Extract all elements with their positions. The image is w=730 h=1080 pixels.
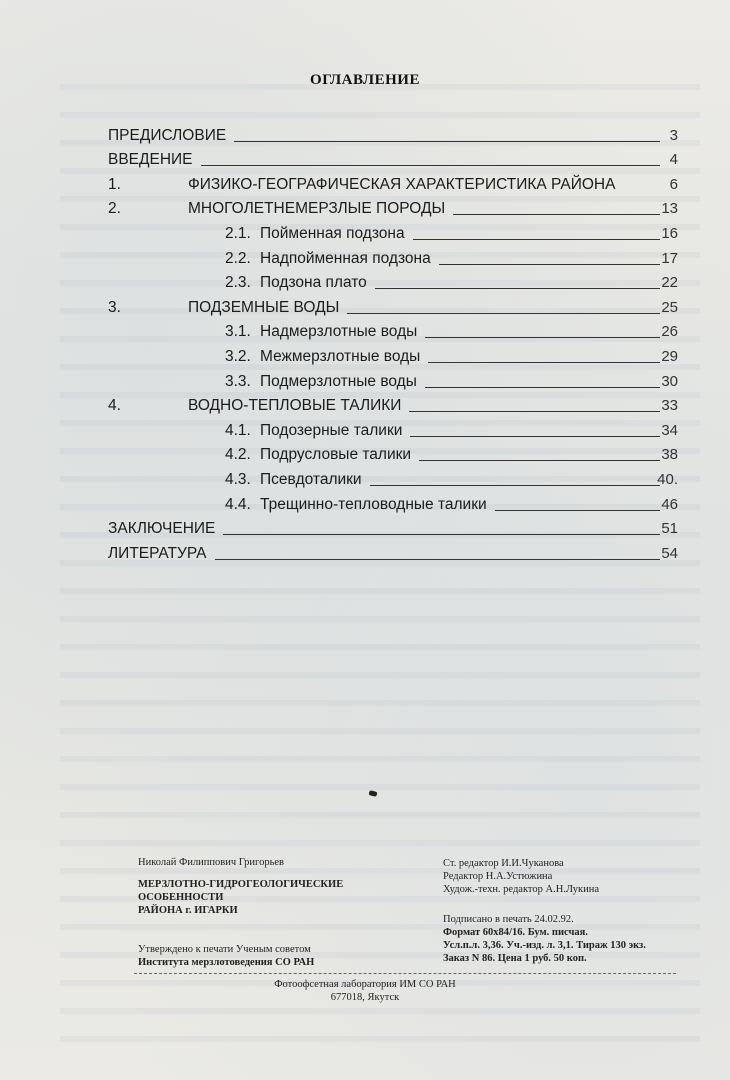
toc-page-number: 46 — [648, 496, 678, 514]
toc-leader-line — [428, 362, 660, 363]
book-title-line: ОСОБЕННОСТИ — [138, 891, 378, 904]
author-name: Николай Филиппович Григорьев — [138, 857, 378, 868]
toc-leader-line — [425, 387, 660, 388]
toc-entry-number: 2.3. — [225, 274, 260, 292]
approval-line: Утверждено к печати Ученым советом — [138, 943, 378, 956]
toc-entry-label: ЛИТЕРАТУРА — [108, 545, 215, 563]
print-info-line: Формат 60x84/16. Бум. писчая. — [443, 926, 683, 939]
colophon-right: Ст. редактор И.И.Чуканова Редактор Н.А.У… — [443, 857, 683, 965]
print-info-line: Подписано в печать 24.02.92. — [443, 913, 683, 926]
toc-entry-label: Подозерные талики — [260, 422, 410, 440]
toc-entry-label: Псевдоталики — [260, 471, 370, 489]
toc-page-number: 22 — [648, 274, 678, 292]
toc-entry: 3.ПОДЗЕМНЫЕ ВОДЫ25 — [108, 292, 678, 317]
printer-address: 677018, Якутск — [0, 991, 730, 1004]
toc-entry: 2.2.Надпойменная подзона17 — [108, 243, 678, 268]
toc-entry-number: 2. — [108, 200, 188, 218]
toc-entry-label: ЗАКЛЮЧЕНИЕ — [108, 520, 223, 538]
toc-entry-number: 4.2. — [225, 446, 260, 464]
toc-entry-number: 2.1. — [225, 225, 260, 243]
book-title-line: РАЙОНА г. ИГАРКИ — [138, 904, 378, 917]
toc-leader-line — [201, 165, 660, 166]
editor-line: Редактор Н.А.Устюжина — [443, 870, 683, 883]
toc-page-number: 40. — [648, 471, 678, 489]
toc-leader-line — [410, 436, 660, 437]
toc-entry-number: 4.3. — [225, 471, 260, 489]
toc-entry: 2.1.Пойменная подзона16 — [108, 218, 678, 243]
toc-leader-line — [370, 485, 660, 486]
toc-entry-label: Надмерзлотные воды — [260, 323, 425, 341]
toc-entry: 3.1.Надмерзлотные воды26 — [108, 317, 678, 342]
toc-entry-label: Подрусловые талики — [260, 446, 419, 464]
toc-leader-line — [215, 559, 660, 560]
toc-page-number: 54 — [648, 545, 678, 563]
table-of-contents: ПРЕДИСЛОВИЕ3ВВЕДЕНИЕ41.ФИЗИКО-ГЕОГРАФИЧЕ… — [108, 120, 678, 563]
toc-page-number: 13 — [648, 200, 678, 218]
toc-leader-line — [419, 460, 660, 461]
ink-speck — [368, 790, 377, 797]
toc-entry-number: 3.3. — [225, 373, 260, 391]
book-title-line: МЕРЗЛОТНО-ГИДРОГЕОЛОГИЧЕСКИЕ — [138, 878, 378, 891]
toc-leader-line — [347, 313, 660, 314]
toc-entry: ВВЕДЕНИЕ4 — [108, 145, 678, 170]
toc-entry-label: Надпойменная подзона — [260, 250, 439, 268]
toc-leader-line — [223, 534, 660, 535]
toc-entry: 4.3.Псевдоталики40. — [108, 464, 678, 489]
toc-entry-label: ВОДНО-ТЕПЛОВЫЕ ТАЛИКИ — [188, 397, 409, 415]
printer-name: Фотоофсетная лаборатория ИМ СО РАН — [0, 978, 730, 991]
document-page: ОГЛАВЛЕНИЕ ПРЕДИСЛОВИЕ3ВВЕДЕНИЕ41.ФИЗИКО… — [0, 0, 730, 1080]
editor-line: Худож.-техн. редактор А.Н.Лукина — [443, 883, 683, 896]
toc-page-number: 30 — [648, 373, 678, 391]
toc-page-number: 25 — [648, 299, 678, 317]
toc-entry-number: 2.2. — [225, 250, 260, 268]
toc-leader-line — [375, 288, 660, 289]
toc-entry: ПРЕДИСЛОВИЕ3 — [108, 120, 678, 145]
toc-page-number: 34 — [648, 422, 678, 440]
toc-entry: 2.3.Подзона плато22 — [108, 268, 678, 293]
toc-page-number: 17 — [648, 250, 678, 268]
toc-entry-number: 1. — [108, 176, 188, 194]
print-info-line: Заказ N 86. Цена 1 руб. 50 коп. — [443, 952, 683, 965]
toc-leader-line — [413, 239, 660, 240]
toc-page-number: 4 — [648, 151, 678, 169]
toc-entry: ЛИТЕРАТУРА54 — [108, 538, 678, 563]
editor-line: Ст. редактор И.И.Чуканова — [443, 857, 683, 870]
approval-note: Утверждено к печати Ученым советом Инсти… — [138, 943, 378, 969]
toc-entry-label: Подзона плато — [260, 274, 375, 292]
toc-entry: 4.4.Трещинно-тепловодные талики46 — [108, 489, 678, 514]
toc-leader-line — [453, 214, 660, 215]
toc-entry-label: Подмерзлотные воды — [260, 373, 425, 391]
toc-entry: 2.МНОГОЛЕТНЕМЕРЗЛЫЕ ПОРОДЫ13 — [108, 194, 678, 219]
toc-leader-line — [409, 411, 660, 412]
toc-entry-number: 4. — [108, 397, 188, 415]
toc-entry-number: 4.4. — [225, 496, 260, 514]
toc-entry-number: 3.2. — [225, 348, 260, 366]
toc-entry: 3.2.Межмерзлотные воды29 — [108, 341, 678, 366]
toc-leader-line — [425, 337, 660, 338]
toc-entry-number: 3. — [108, 299, 188, 317]
toc-entry-label: ВВЕДЕНИЕ — [108, 151, 201, 169]
toc-entry: ЗАКЛЮЧЕНИЕ51 — [108, 514, 678, 539]
toc-page-number: 51 — [648, 520, 678, 538]
toc-entry-number: 3.1. — [225, 323, 260, 341]
toc-entry-number: 4.1. — [225, 422, 260, 440]
toc-entry-label: Пойменная подзона — [260, 225, 413, 243]
book-title: МЕРЗЛОТНО-ГИДРОГЕОЛОГИЧЕСКИЕ ОСОБЕННОСТИ… — [138, 878, 378, 917]
toc-page-number: 16 — [648, 225, 678, 243]
toc-page-number: 26 — [648, 323, 678, 341]
toc-entry-label: ПРЕДИСЛОВИЕ — [108, 127, 234, 145]
toc-entry: 4.ВОДНО-ТЕПЛОВЫЕ ТАЛИКИ33 — [108, 391, 678, 416]
toc-entry: 1.ФИЗИКО-ГЕОГРАФИЧЕСКАЯ ХАРАКТЕРИСТИКА Р… — [108, 169, 678, 194]
toc-page-number: 6 — [648, 176, 678, 194]
printer-footer: Фотоофсетная лаборатория ИМ СО РАН 67701… — [0, 978, 730, 1004]
colophon-left: Николай Филиппович Григорьев МЕРЗЛОТНО-Г… — [138, 857, 378, 969]
approval-line: Института мерзлотоведения СО РАН — [138, 956, 378, 969]
toc-entry-label: Межмерзлотные воды — [260, 348, 428, 366]
toc-page-number: 3 — [648, 127, 678, 145]
toc-entry: 4.2.Подрусловые талики38 — [108, 440, 678, 465]
toc-entry-label: Трещинно-тепловодные талики — [260, 496, 495, 514]
toc-leader-line — [439, 264, 660, 265]
toc-leader-line — [234, 141, 660, 142]
toc-entry-label: ФИЗИКО-ГЕОГРАФИЧЕСКАЯ ХАРАКТЕРИСТИКА РАЙ… — [188, 176, 623, 194]
toc-page-number: 38 — [648, 446, 678, 464]
toc-page-number: 33 — [648, 397, 678, 415]
separator-line — [134, 973, 676, 974]
toc-page-number: 29 — [648, 348, 678, 366]
toc-leader-line — [495, 510, 660, 511]
page-title: ОГЛАВЛЕНИЕ — [0, 72, 730, 89]
print-info-line: Усл.п.л. 3,36. Уч.-изд. л. 3,1. Тираж 13… — [443, 939, 683, 952]
toc-entry-label: ПОДЗЕМНЫЕ ВОДЫ — [188, 299, 347, 317]
toc-entry-label: МНОГОЛЕТНЕМЕРЗЛЫЕ ПОРОДЫ — [188, 200, 453, 218]
toc-entry: 4.1.Подозерные талики34 — [108, 415, 678, 440]
toc-entry: 3.3.Подмерзлотные воды30 — [108, 366, 678, 391]
